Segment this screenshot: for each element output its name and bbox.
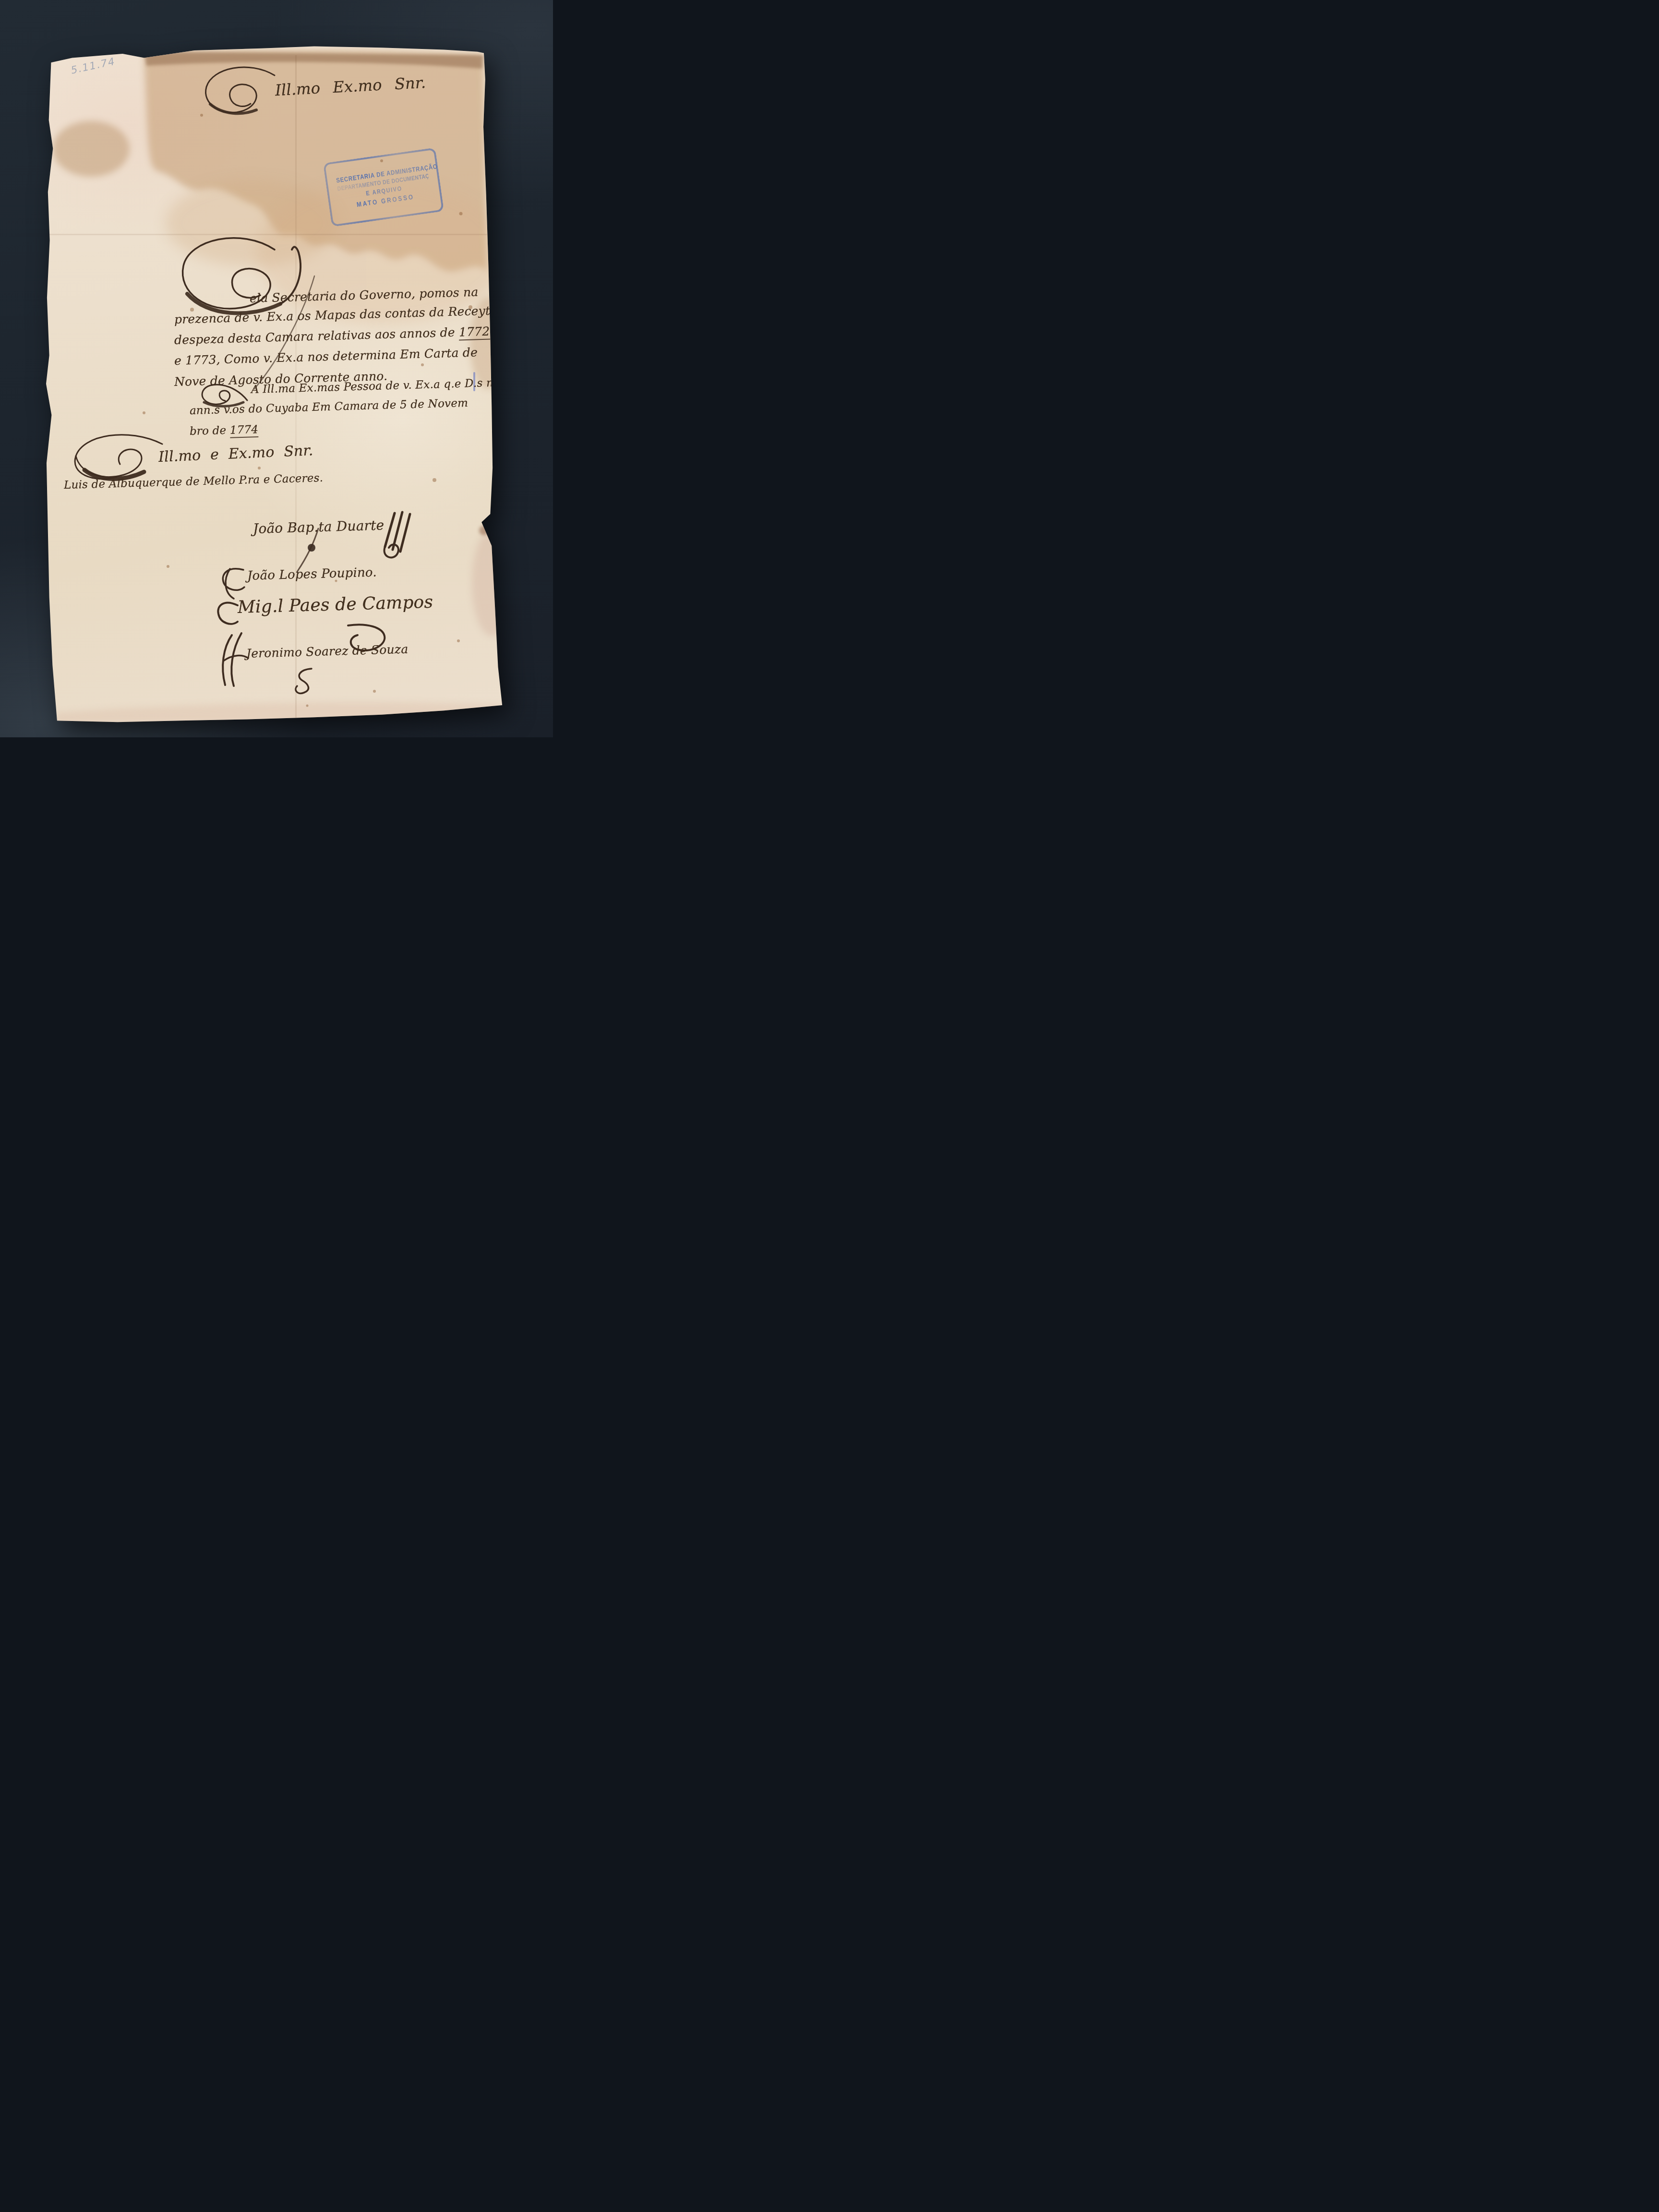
address-flourish [71, 434, 165, 482]
bottom-edge-stain [55, 702, 502, 723]
header-flourish [204, 67, 276, 117]
signature-2-flourish [218, 565, 248, 601]
right-edge-stain-lower [472, 530, 512, 636]
closing-line-3: bro de 1774 [190, 423, 259, 438]
signature-4-flourish [216, 632, 251, 687]
horizontal-fold-crease [49, 234, 496, 235]
manuscript-page: 5.11.74 Ill.mo Ex.mo Snr. SECRETARIA DE … [46, 46, 504, 723]
closing-line-3-year-underlined: 1774 [230, 423, 259, 438]
left-edge-stain [53, 121, 130, 177]
body-line-3-year-underlined: 1772 [459, 325, 490, 341]
signature-1-flourish [379, 510, 420, 563]
paper-sheet-wrapper: 5.11.74 Ill.mo Ex.mo Snr. SECRETARIA DE … [46, 46, 504, 723]
signature-3-flourish [215, 599, 240, 628]
signature-4-tail-flourish [291, 666, 316, 696]
edge-notch-stain [479, 526, 489, 535]
closing-line-3-text: bro de [190, 424, 230, 438]
photograph-of-manuscript: 5.11.74 Ill.mo Ex.mo Snr. SECRETARIA DE … [0, 0, 553, 737]
